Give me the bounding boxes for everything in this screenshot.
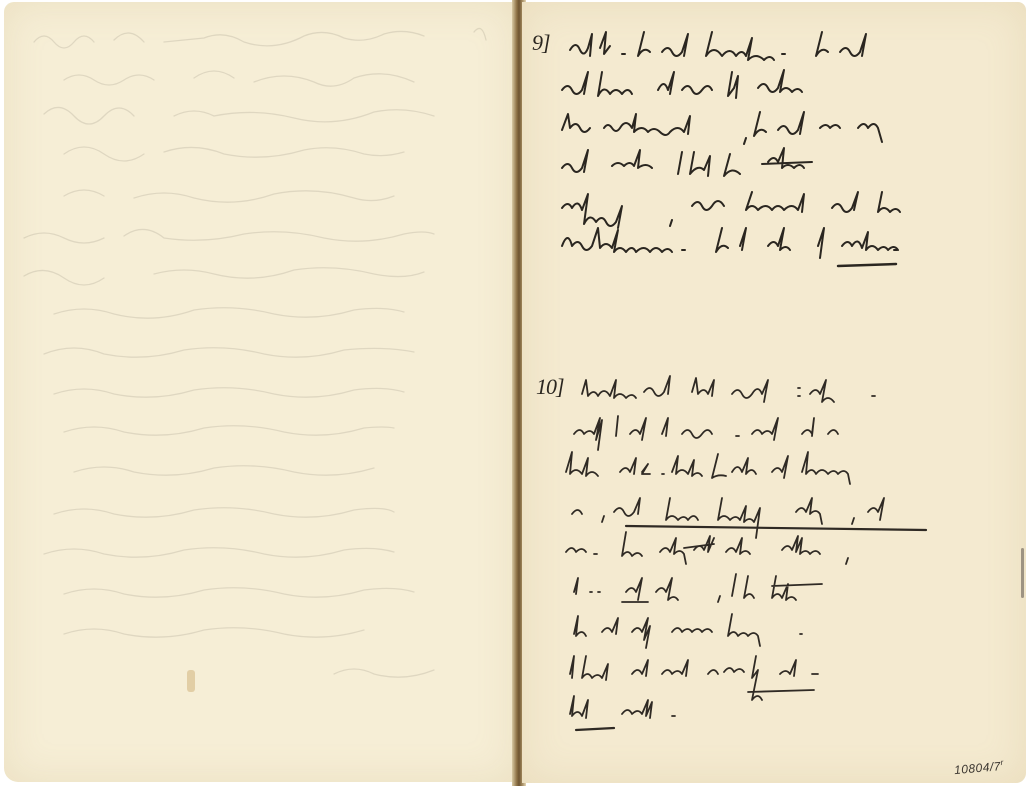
right-page: 9]	[522, 2, 1026, 783]
paper-stain	[187, 670, 195, 692]
left-page	[4, 2, 516, 782]
notebook-spread: 9]	[0, 0, 1031, 786]
pencil-margin-mark	[1021, 548, 1024, 598]
shorthand-lines-entry-10	[522, 2, 1026, 782]
folio-suffix: r	[1000, 758, 1004, 767]
bleed-through-text	[4, 2, 516, 782]
